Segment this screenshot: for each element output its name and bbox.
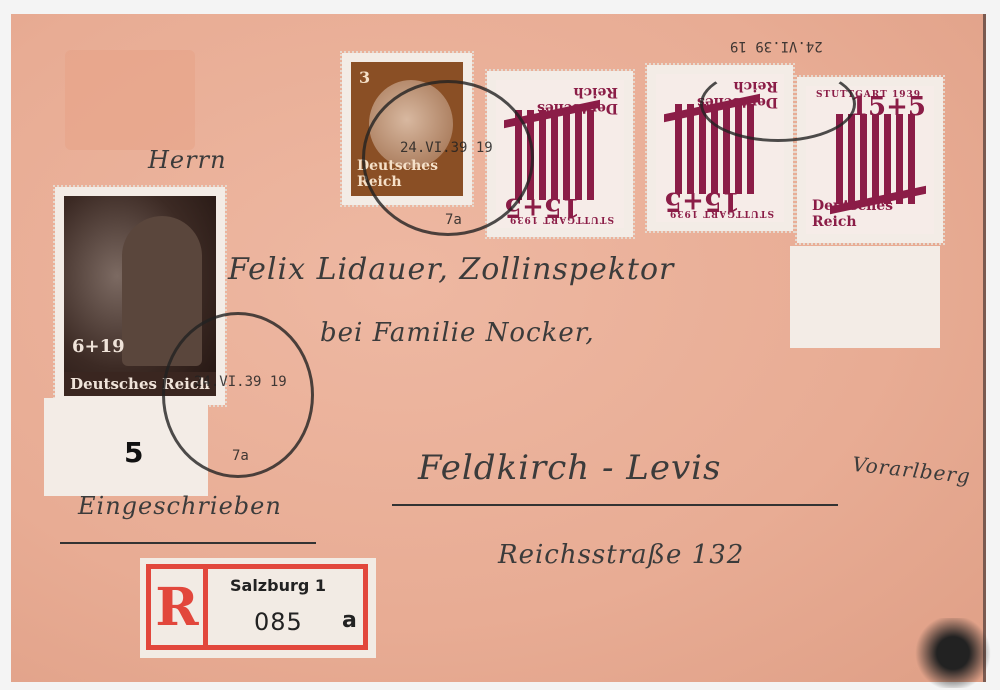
post-office: Salzburg 1 [230, 576, 326, 595]
stain [65, 50, 195, 150]
stamp-label: Deutsches Reich [812, 198, 934, 230]
registered-note: Eingeschrieben [78, 492, 282, 520]
recipient-name: Felix Lidauer, Zollinspektor [228, 252, 674, 287]
plate-number: 5 [124, 436, 143, 469]
street: Reichsstraße 132 [498, 540, 744, 570]
sheet-margin [790, 246, 940, 348]
city-underline [392, 504, 838, 506]
registration-number: 085 [254, 608, 303, 636]
registered-r: R [151, 569, 208, 645]
registration-label: R Salzburg 1 085 a [140, 558, 376, 658]
stamp-value: 15+5 [664, 186, 740, 216]
stamp-value: 3 [359, 68, 370, 87]
postmark-date: 24.VI.39 19 [400, 140, 493, 156]
postmark-code: 7a [232, 448, 249, 464]
stamp-value: 6+19 [72, 336, 125, 357]
postmark-date: 24.VI.39 19 [194, 374, 287, 390]
salutation: Herrn [148, 146, 227, 174]
postmark-circle [700, 66, 856, 142]
stamp-value: 15+5 [850, 92, 926, 122]
ink-stamp-corner [912, 618, 994, 688]
care-of: bei Familie Nocker, [320, 318, 595, 348]
city: Feldkirch - Levis [418, 448, 722, 488]
note-underline [60, 542, 316, 544]
registration-suffix: a [342, 608, 357, 633]
postmark-date: 24.VI.39 19 [730, 38, 823, 54]
postmark-code: 7a [445, 212, 462, 228]
